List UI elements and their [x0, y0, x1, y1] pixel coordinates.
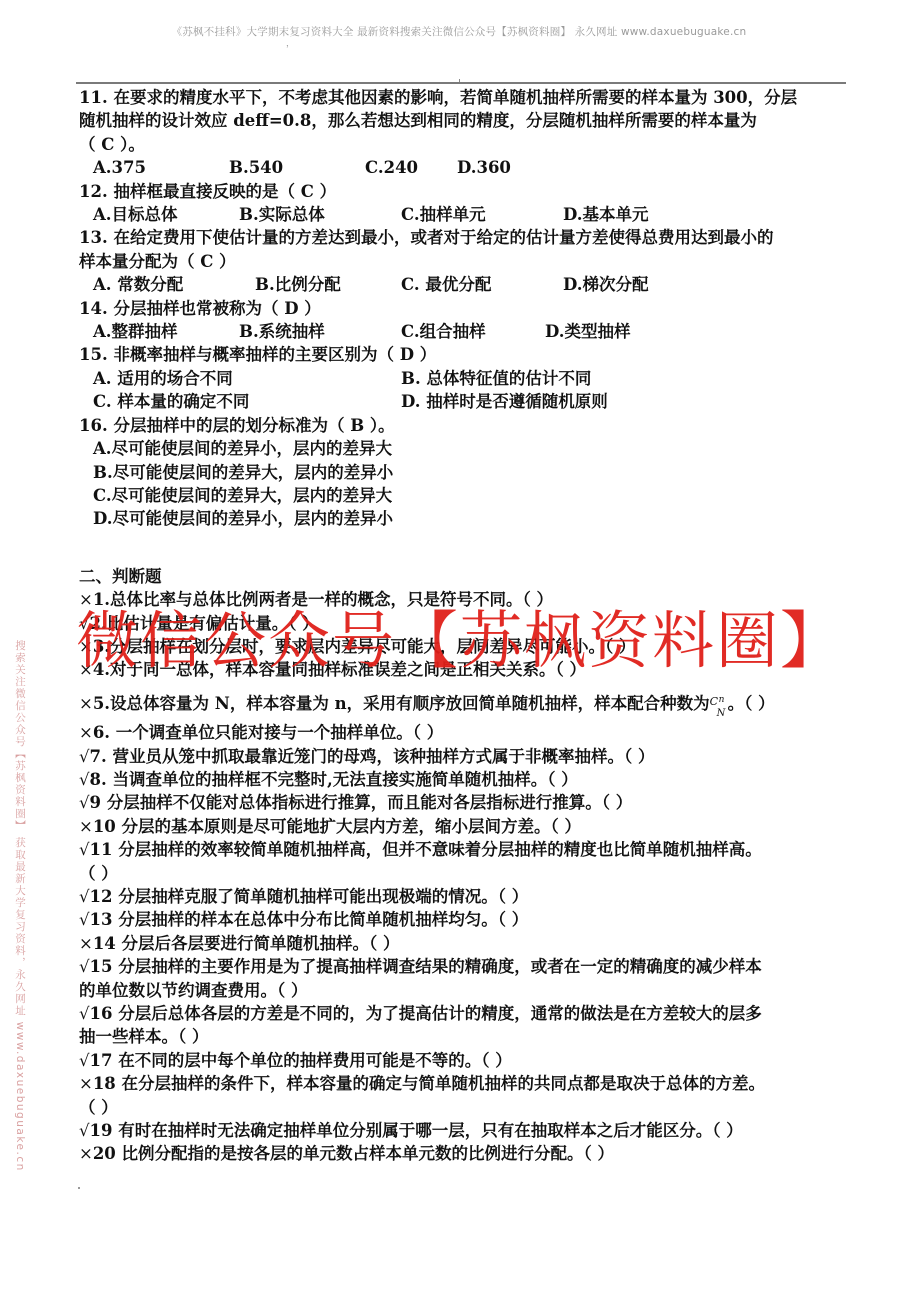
header-small-mark: ， [286, 36, 295, 49]
options-row: C. 样本量的确定不同 D. 抽样时是否遵循随机原则 [79, 390, 859, 413]
option-b: B.尽可能使层间的差异大，层内的差异小 [79, 461, 859, 484]
combination-formula: CnN [710, 694, 728, 714]
question-text: 11. 在要求的精度水平下，不考虑其他因素的影响，若简单随机抽样所需要的样本量为… [79, 86, 859, 109]
question-13: 13. 在给定费用下使估计量的方差达到最小，或者对于给定的估计量方差使得总费用达… [79, 226, 859, 296]
overlay-watermark: 微信公众号【苏枫资料圈】 [76, 606, 844, 676]
option-a: A.整群抽样 [93, 320, 239, 343]
tf-item-text: 6. 一个调查单位只能对接与一个抽样单位。（ ） [93, 723, 443, 742]
tf-item-text: 9 分层抽样不仅能对总体指标进行推算，而且能对各层指标进行推算。（ ） [90, 793, 633, 812]
tf-item-text: 10 分层的基本原则是尽可能地扩大层内方差，缩小层间方差。（ ） [93, 817, 581, 836]
option-a: A.尽可能使层间的差异小，层内的差异大 [79, 437, 859, 460]
tf-item-text: 20 比例分配指的是按各层的单元数占样本单元数的比例进行分配。（ ） [93, 1144, 614, 1163]
option-b: B.系统抽样 [239, 320, 401, 343]
check-icon: √ [79, 1119, 90, 1142]
check-icon: √ [79, 838, 90, 861]
check-icon: √ [79, 885, 90, 908]
question-15: 15. 非概率抽样与概率抽样的主要区别为（ D ） A. 适用的场合不同 B. … [79, 343, 859, 413]
tf-item-text: 13 分层抽样的样本在总体中分布比简单随机抽样均匀。（ ） [90, 910, 529, 929]
question-text: 样本量分配为（ C ） [79, 250, 859, 273]
question-11: 11. 在要求的精度水平下，不考虑其他因素的影响，若简单随机抽样所需要的样本量为… [79, 86, 859, 180]
cross-icon: × [79, 932, 93, 955]
tf-item-18: ×18 在分层抽样的条件下，样本容量的确定与简单随机抽样的共同点都是取决于总体的… [79, 1072, 859, 1119]
check-icon: √ [79, 908, 90, 931]
tf-item-9: √9 分层抽样不仅能对总体指标进行推算，而且能对各层指标进行推算。（ ） [79, 791, 859, 814]
header-tick [459, 79, 460, 82]
option-c: C. 样本量的确定不同 [93, 390, 401, 413]
option-d: D. 抽样时是否遵循随机原则 [401, 390, 608, 413]
question-14: 14. 分层抽样也常被称为（ D ） A.整群抽样 B.系统抽样 C.组合抽样 … [79, 297, 859, 344]
header-watermark-text: 《苏枫不挂科》大学期末复习资料大全 最新资料搜索关注微信公众号【苏枫资料圈】 永… [172, 26, 747, 38]
side-watermark: 搜索关注微信公众号【苏枫资料圈】 获取最新大学复习资料，永久网址 www.dax… [12, 640, 28, 1172]
tf-item-text: （ ） [79, 1096, 859, 1119]
options-row: A.整群抽样 B.系统抽样 C.组合抽样 D.类型抽样 [79, 320, 859, 343]
option-d: D.类型抽样 [545, 320, 630, 343]
page-mark [78, 1187, 80, 1189]
tf-item-text: 19 有时在抽样时无法确定抽样单位分别属于哪一层，只有在抽取样本之后才能区分。（… [90, 1121, 743, 1140]
tf-item-10: ×10 分层的基本原则是尽可能地扩大层内方差，缩小层间方差。（ ） [79, 815, 859, 838]
option-c: C.尽可能使层间的差异大，层内的差异大 [79, 484, 859, 507]
question-text: 13. 在给定费用下使估计量的方差达到最小，或者对于给定的估计量方差使得总费用达… [79, 226, 859, 249]
tf-item-12: √12 分层抽样克服了简单随机抽样可能出现极端的情况。（ ） [79, 885, 859, 908]
header-watermark: 《苏枫不挂科》大学期末复习资料大全 最新资料搜索关注微信公众号【苏枫资料圈】 永… [0, 24, 918, 39]
option-a: A. 适用的场合不同 [93, 367, 401, 390]
options-row: A. 常数分配 B.比例分配 C. 最优分配 D.梯次分配 [79, 273, 859, 296]
option-b: B. 总体特征值的估计不同 [401, 367, 591, 390]
tf-item-text: 18 在分层抽样的条件下，样本容量的确定与简单随机抽样的共同点都是取决于总体的方… [93, 1074, 765, 1093]
option-d: D.基本单元 [563, 203, 648, 226]
options-row: A.目标总体 B.实际总体 C.抽样单元 D.基本单元 [79, 203, 859, 226]
tf-item-14: ×14 分层后各层要进行简单随机抽样。（ ） [79, 932, 859, 955]
tf-item-text: 15 分层抽样的主要作用是为了提高抽样调查结果的精确度，或者在一定的精确度的减少… [90, 957, 762, 976]
question-text: 14. 分层抽样也常被称为（ D ） [79, 297, 859, 320]
check-icon: √ [79, 745, 90, 768]
tf-item-text: 5.设总体容量为 N，样本容量为 n，采用有顺序放回简单随机抽样，样本配合种数为 [93, 694, 710, 713]
tf-item-6: ×6. 一个调查单位只能对接与一个抽样单位。（ ） [79, 721, 859, 744]
cross-icon: × [79, 1142, 93, 1165]
cross-icon: × [79, 721, 93, 744]
tf-item-text: 的单位数以节约调查费用。（ ） [79, 979, 859, 1002]
question-16: 16. 分层抽样中的层的划分标准为（ B ）。 A.尽可能使层间的差异小，层内的… [79, 414, 859, 531]
tf-item-tail: 。（ ） [728, 694, 775, 713]
tf-item-text: 17 在不同的层中每个单位的抽样费用可能是不等的。（ ） [90, 1051, 512, 1070]
option-a: A. 常数分配 [93, 273, 255, 296]
question-12: 12. 抽样框最直接反映的是（ C ） A.目标总体 B.实际总体 C.抽样单元… [79, 180, 859, 227]
check-icon: √ [79, 791, 90, 814]
tf-item-13: √13 分层抽样的样本在总体中分布比简单随机抽样均匀。（ ） [79, 908, 859, 931]
question-text: （ C ）。 [79, 133, 859, 156]
check-icon: √ [79, 768, 90, 791]
tf-item-text: 11 分层抽样的效率较简单随机抽样高，但并不意味着分层抽样的精度也比简单随机抽样… [90, 840, 762, 859]
option-d: D.梯次分配 [563, 273, 648, 296]
cross-icon: × [79, 815, 93, 838]
tf-item-text: 7. 营业员从笼中抓取最靠近笼门的母鸡，该种抽样方式属于非概率抽样。（ ） [90, 747, 655, 766]
cross-icon: × [79, 1072, 93, 1095]
tf-item-text: 16 分层后总体各层的方差是不同的，为了提高估计的精度，通常的做法是在方差较大的… [90, 1004, 762, 1023]
formula-sub: N [717, 702, 726, 725]
tf-item-text: 8. 当调查单位的抽样框不完整时,无法直接实施简单随机抽样。（ ） [90, 770, 578, 789]
section-title: 二、判断题 [79, 565, 859, 588]
tf-item-text: （ ） [79, 862, 859, 885]
tf-item-19: √19 有时在抽样时无法确定抽样单位分别属于哪一层，只有在抽取样本之后才能区分。… [79, 1119, 859, 1142]
tf-item-15: √15 分层抽样的主要作用是为了提高抽样调查结果的精确度，或者在一定的精确度的减… [79, 955, 859, 1002]
question-text: 15. 非概率抽样与概率抽样的主要区别为（ D ） [79, 343, 859, 366]
option-c: C.抽样单元 [401, 203, 563, 226]
section-spacer [79, 531, 859, 565]
tf-item-17: √17 在不同的层中每个单位的抽样费用可能是不等的。（ ） [79, 1049, 859, 1072]
cross-icon: × [79, 692, 93, 715]
tf-item-16: √16 分层后总体各层的方差是不同的，为了提高估计的精度，通常的做法是在方差较大… [79, 1002, 859, 1049]
question-text: 随机抽样的设计效应 deff=0.8，那么若想达到相同的精度，分层随机抽样所需要… [79, 109, 859, 132]
option-c: C.组合抽样 [401, 320, 545, 343]
options-row: A.375 B.540 C.240 D.360 [79, 156, 859, 179]
option-d: D.360 [457, 156, 511, 179]
tf-item-7: √7. 营业员从笼中抓取最靠近笼门的母鸡，该种抽样方式属于非概率抽样。（ ） [79, 745, 859, 768]
question-text: 16. 分层抽样中的层的划分标准为（ B ）。 [79, 414, 859, 437]
question-text: 12. 抽样框最直接反映的是（ C ） [79, 180, 859, 203]
tf-item-text: 14 分层后各层要进行简单随机抽样。（ ） [93, 934, 400, 953]
tf-item-11: √11 分层抽样的效率较简单随机抽样高，但并不意味着分层抽样的精度也比简单随机抽… [79, 838, 859, 885]
tf-item-text: 12 分层抽样克服了简单随机抽样可能出现极端的情况。（ ） [90, 887, 529, 906]
option-b: B.实际总体 [239, 203, 401, 226]
option-a: A.目标总体 [93, 203, 239, 226]
option-c: C.240 [365, 156, 457, 179]
tf-item-5: ×5.设总体容量为 N，样本容量为 n，采用有顺序放回简单随机抽样，样本配合种数… [79, 692, 859, 715]
option-b: B.比例分配 [255, 273, 401, 296]
tf-item-20: ×20 比例分配指的是按各层的单元数占样本单元数的比例进行分配。（ ） [79, 1142, 859, 1165]
check-icon: √ [79, 1002, 90, 1025]
check-icon: √ [79, 1049, 90, 1072]
option-b: B.540 [229, 156, 365, 179]
option-a: A.375 [93, 156, 229, 179]
check-icon: √ [79, 955, 90, 978]
options-row: A. 适用的场合不同 B. 总体特征值的估计不同 [79, 367, 859, 390]
option-c: C. 最优分配 [401, 273, 563, 296]
tf-item-text: 抽一些样本。（ ） [79, 1025, 859, 1048]
option-d: D.尽可能使层间的差异小，层内的差异小 [79, 507, 859, 530]
tf-item-8: √8. 当调查单位的抽样框不完整时,无法直接实施简单随机抽样。（ ） [79, 768, 859, 791]
header-divider [76, 82, 846, 84]
